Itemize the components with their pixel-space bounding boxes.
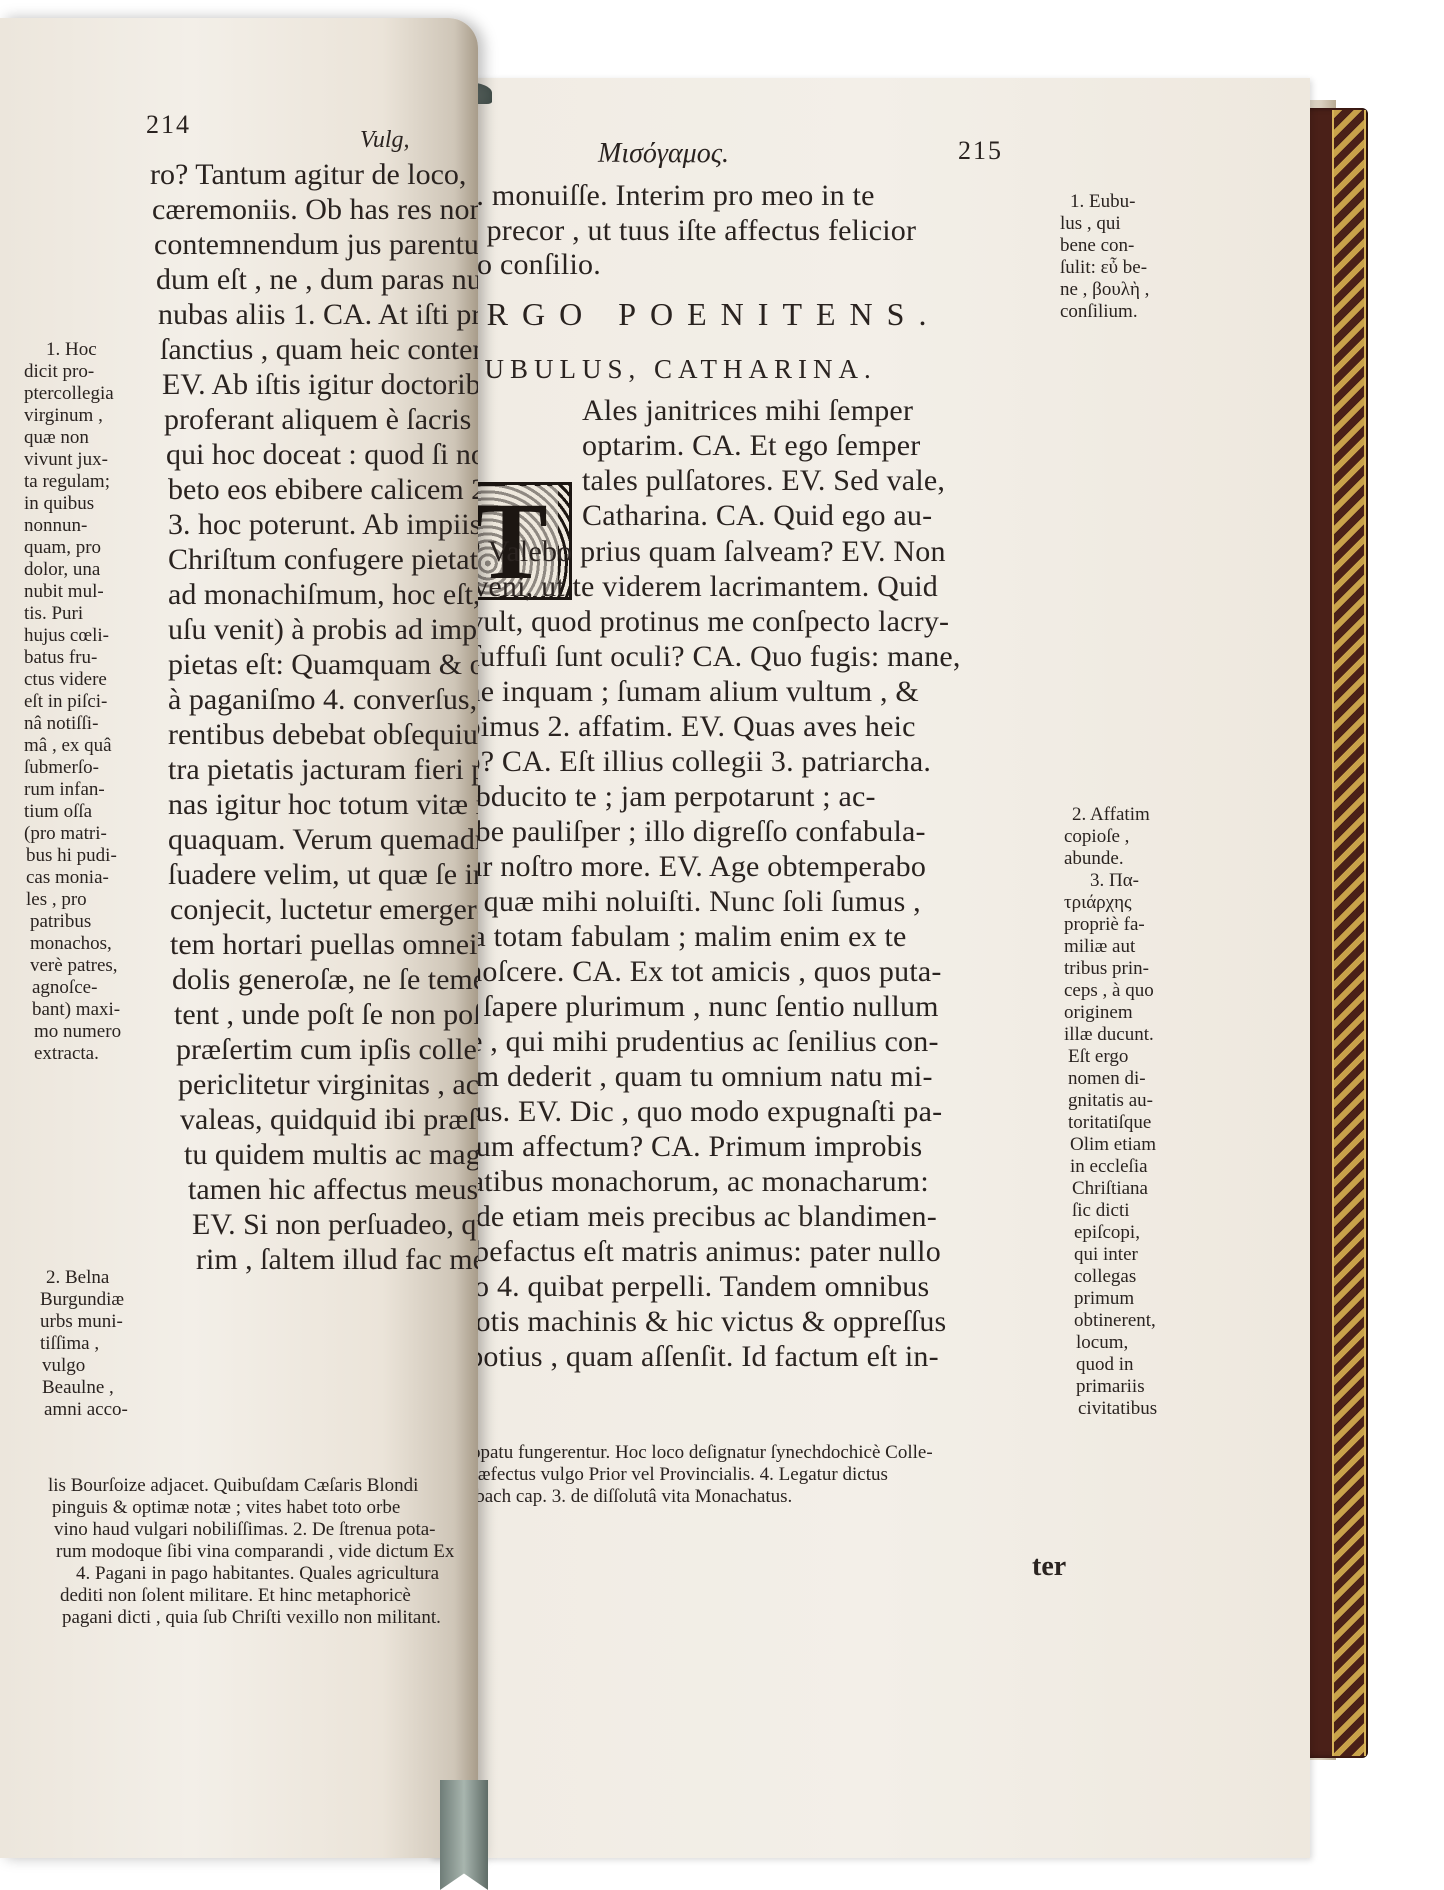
margin-note-line: bus hi pudi- xyxy=(26,846,117,865)
margin-note-line: 2. Belna xyxy=(46,1268,109,1287)
footnote-line: i præfectus vulgo Prior vel Provincialis… xyxy=(452,1465,888,1484)
margin-note-line: quam, pro xyxy=(24,538,101,557)
margin-note-line: rum infan- xyxy=(24,780,105,799)
margin-note-line: 2. Affatim xyxy=(1072,805,1150,824)
text-line: Ales janitrices mihi ſemper xyxy=(582,396,913,426)
text-line: Catharina. CA. Quid ego au- xyxy=(582,501,932,531)
margin-note-line: quod in xyxy=(1076,1355,1134,1374)
text-line: ad monachiſmum, hoc eſt, ( xyxy=(168,580,478,610)
text-line: gnoſcere. CA. Ex tot amicis , quos puta- xyxy=(452,957,942,987)
margin-note-line: quæ non xyxy=(24,428,89,447)
footnote-line: rum modoque ſibi vina comparandi , vide … xyxy=(56,1542,454,1561)
text-line: pietas eſt: Quamquam & olim xyxy=(168,650,478,680)
margin-note-line: illæ ducunt. xyxy=(1064,1025,1154,1044)
text-line: nur noſtro more. EV. Age obtemperabo xyxy=(452,852,926,882)
margin-note-line: dolor, una xyxy=(24,560,100,579)
text-line: proferant aliquem è ſacris li xyxy=(164,405,478,435)
text-line: rim , ſaltem illud fac memini xyxy=(196,1245,478,1275)
margin-note-line: eſt in piſci- xyxy=(24,692,107,711)
text-line: tu quidem multis ac magnis xyxy=(184,1140,478,1170)
margin-note-line: ſic dicti xyxy=(1072,1201,1130,1220)
margin-note-line: extracta. xyxy=(34,1044,99,1063)
text-line: beto eos ebibere calicem 2. xyxy=(168,475,478,505)
text-line: tales pulſatores. EV. Sed vale, xyxy=(582,466,945,496)
margin-note-line: tium oſſa xyxy=(24,802,92,821)
text-line: labefactus eſt matris animus: pater null… xyxy=(452,1237,941,1267)
margin-note-line: abunde. xyxy=(1064,849,1124,868)
margin-note-line: mo numero xyxy=(34,1022,121,1041)
text-line: i vult, quod protinus me conſpecto lacry… xyxy=(452,607,949,637)
margin-note-line: ctus videre xyxy=(24,670,107,689)
margin-note-line: ceps , à quo xyxy=(1064,981,1154,1000)
footnote-line: 4. Pagani in pago habitantes. Quales agr… xyxy=(76,1564,439,1583)
footnote-line: iſcopatu fungerentur. Hoc loco deſignatu… xyxy=(452,1443,933,1462)
text-line: EV. Ab iſtis igitur doctoribus xyxy=(162,370,478,400)
text-line: s ſuffuſi ſunt oculi? CA. Quo fugis: man… xyxy=(452,642,961,672)
footnote-line: vino haud vulgari nobiliſſimas. 2. De ſt… xyxy=(54,1520,436,1539)
margin-note-line: batus fru- xyxy=(24,648,97,667)
text-line: qui hoc doceat : quod ſi non xyxy=(166,440,478,470)
text-line: ſuadere velim, ut quæ ſe in xyxy=(168,860,478,890)
text-line: tamen hic affectus meus erit xyxy=(188,1175,478,1205)
margin-note-line: verè patres, xyxy=(30,956,118,975)
margin-note-line: nonnun- xyxy=(24,516,87,535)
margin-note-line: in quibus xyxy=(24,494,94,513)
text-line: 3. hoc poterunt. Ab impiis xyxy=(168,510,478,540)
margin-note-line: obtinerent, xyxy=(1074,1311,1156,1330)
text-line: valeas, quidquid ibi præſtari xyxy=(180,1105,478,1135)
text-line: periclitetur virginitas , ac xyxy=(178,1070,478,1100)
margin-note-line: mâ , ex quâ xyxy=(24,736,112,755)
text-line: quaquam. Verum quemadmo xyxy=(168,825,478,855)
text-line: mbe pauliſper ; illo digreſſo confabula- xyxy=(452,817,926,847)
text-line: conjecit, luctetur emergere xyxy=(170,895,478,925)
margin-note-line: amni acco- xyxy=(44,1400,128,1419)
margin-note-line: copioſe , xyxy=(1064,827,1129,846)
margin-note-line: 1. Eubu- xyxy=(1070,192,1135,211)
margin-note-line: nomen di- xyxy=(1068,1069,1146,1088)
margin-note-line: Eſt ergo xyxy=(1068,1047,1128,1066)
text-line: ſanctius , quam heic contem xyxy=(160,335,478,365)
text-line: nas igitur hoc totum vitæ inſtit xyxy=(168,790,478,820)
margin-note-line: ta regulam; xyxy=(24,472,110,491)
catchword: ter xyxy=(1032,1553,1066,1581)
margin-note-line: collegas xyxy=(1074,1267,1136,1286)
text-line: dum eſt , ne , dum paras nu xyxy=(156,265,478,295)
margin-note-line: toritatiſque xyxy=(1068,1113,1151,1132)
margin-note-line: 1. Hoc xyxy=(46,340,97,359)
margin-note-line: gnitatis au- xyxy=(1068,1091,1153,1110)
text-line: t potius , quam aſſenſit. Id factum eſt … xyxy=(452,1342,939,1372)
text-line: eo? CA. Eſt illius collegii 3. patriarch… xyxy=(452,747,931,777)
margin-note-line: Burgundiæ xyxy=(40,1290,124,1309)
margin-note-line: (pro matri- xyxy=(24,824,107,843)
dialogue-title: IRGO POENITENS. xyxy=(462,298,940,330)
text-line: optarim. CA. Et ego ſemper xyxy=(582,431,920,461)
text-line: tra pietatis jacturam fieri poteſt xyxy=(168,755,478,785)
text-line: cæremoniis. Ob has res non xyxy=(152,195,478,225)
margin-note-line: ſulit: εὖ be- xyxy=(1060,258,1147,277)
text-line: m ſapere plurimum , nunc ſentio nullum xyxy=(452,992,939,1022)
footnote-line: dediti non ſolent militare. Et hinc meta… xyxy=(60,1586,411,1605)
right-running-head: Μισόγαμος. xyxy=(598,140,729,168)
margin-note-line: tribus prin- xyxy=(1064,959,1149,978)
footnote-line: pagani dicti , quia ſub Chriſti vexillo … xyxy=(62,1608,441,1627)
margin-note-line: civitatibus xyxy=(1078,1399,1157,1418)
footnote-line: ambach cap. 3. de diſſolutâ vita Monacha… xyxy=(452,1487,792,1506)
margin-note-line: primariis xyxy=(1076,1377,1145,1396)
text-line: ntum affectum? CA. Primum improbis xyxy=(452,1132,922,1162)
text-line: mus. EV. Dic , quo modo expugnaſti pa- xyxy=(452,1097,942,1127)
text-line: à paganiſmo 4. converſus, il xyxy=(168,685,478,715)
text-line: ane inquam ; ſumam alium vultum , & xyxy=(452,677,919,707)
margin-note-line: propriè fa- xyxy=(1064,915,1145,934)
margin-note-line: bene con- xyxy=(1060,236,1134,255)
text-line: præſertim cum ipſis collegiis xyxy=(176,1035,478,1065)
margin-note-line: Chriſtiana xyxy=(1072,1179,1148,1198)
text-line: rtatibus monachorum, ac monacharum: xyxy=(452,1167,929,1197)
dialogue-persons: EUBULUS, CATHARINA. xyxy=(462,356,877,383)
text-line: c veni, ut te viderem lacrimantem. Quid xyxy=(452,572,938,602)
margin-note-line: qui inter xyxy=(1074,1245,1138,1264)
margin-note-line: originem xyxy=(1064,1003,1133,1022)
footnote-line: pinguis & optimæ notæ ; vites habet toto… xyxy=(52,1498,400,1517)
margin-note-line: agnoſce- xyxy=(32,978,97,997)
text-line: tent , unde poſt ſe non poſſint xyxy=(174,1000,478,1030)
text-line: Chriſtum confugere pietatis xyxy=(168,545,478,575)
margin-note-line: patribus xyxy=(30,912,91,931)
margin-note-line: virginum , xyxy=(24,406,103,425)
text-line: ore precor , ut tuus iſte affectus felic… xyxy=(440,216,916,246)
margin-note-line: ſubmerſo- xyxy=(24,758,99,777)
text-line: dolis generoſæ, ne ſe temere xyxy=(172,965,478,995)
text-line: nubas aliis 1. CA. At iſti præd xyxy=(158,300,478,330)
margin-note-line: hujus cœli- xyxy=(24,626,109,645)
margin-note-line: nubit mul- xyxy=(24,582,104,601)
margin-note-line: in eccleſia xyxy=(1070,1157,1148,1176)
margin-note-line: lus , qui xyxy=(1060,214,1121,233)
open-book-photo: Μισόγαμος. 215 a 1. monuiſſe. Interim pr… xyxy=(0,0,1444,1890)
text-line: tem hortari puellas omneis, xyxy=(170,930,478,960)
text-line: a 1. monuiſſe. Interim pro meo in te xyxy=(440,181,875,211)
text-line: inde etiam meis precibus ac blandimen- xyxy=(452,1202,937,1232)
margin-note-line: dicit pro- xyxy=(24,362,94,381)
margin-note-line: urbs muni- xyxy=(40,1312,123,1331)
text-line: i , quæ mihi noluiſti. Nunc ſoli ſumus , xyxy=(452,887,921,917)
text-line: EV. Si non perſuadeo, quod xyxy=(192,1210,478,1240)
margin-note-line: ptercollegia xyxy=(24,384,114,403)
text-line: cto 4. quibat perpelli. Tandem omnibus xyxy=(452,1272,929,1302)
text-line: motis machinis & hic victus & oppreſſus xyxy=(452,1307,946,1337)
margin-note-line: conſilium. xyxy=(1060,302,1138,321)
margin-note-line: cas monia- xyxy=(26,868,109,887)
footnote-line: lis Bourſoize adjacet. Quibuſdam Cæſaris… xyxy=(48,1476,418,1495)
margin-note-line: vivunt jux- xyxy=(24,450,108,469)
gilt-tooled-border xyxy=(1332,110,1366,1756)
margin-note-line: locum, xyxy=(1076,1333,1128,1352)
text-line: rra totam fabulam ; malim enim ex te xyxy=(452,922,907,952)
right-page-number: 215 xyxy=(958,138,1003,164)
text-line: contemnendum jus parentum xyxy=(154,230,478,260)
margin-note-line: nâ notiſſi- xyxy=(24,714,98,733)
margin-note-line: Olim etiam xyxy=(1070,1135,1156,1154)
margin-note-line: tis. Puri xyxy=(24,604,83,623)
margin-note-line: epiſcopi, xyxy=(1074,1223,1140,1242)
text-line: o? Valebo prius quam ſalveam? EV. Non xyxy=(452,537,946,567)
text-line: uſu venit) à probis ad impro xyxy=(168,615,478,645)
margin-note-line: miliæ aut xyxy=(1064,937,1135,956)
margin-note-line: τριάρχης xyxy=(1064,893,1132,912)
margin-note-line: tiſſima , xyxy=(40,1334,99,1353)
margin-note-line: Beaulne , xyxy=(42,1378,114,1397)
text-line: ebimus 2. affatim. EV. Quas aves heic xyxy=(452,712,916,742)
margin-note-line: bant) maxi- xyxy=(32,1000,120,1019)
margin-note-line: primum xyxy=(1074,1289,1134,1308)
margin-note-line: 3. Πα- xyxy=(1090,871,1139,890)
margin-note-line: vulgo xyxy=(42,1356,85,1375)
margin-note-line: les , pro xyxy=(26,890,87,909)
text-line: ium dederit , quam tu omnium natu mi- xyxy=(452,1062,933,1092)
text-line: ſubducito te ; jam perpotarunt ; ac- xyxy=(452,782,876,812)
margin-note-line: ne , βουλὴ , xyxy=(1060,280,1149,299)
text-line: ſſe , qui mihi prudentius ac ſenilius co… xyxy=(452,1027,939,1057)
text-line: rentibus debebat obſequium, xyxy=(168,720,478,750)
text-line: ro? Tantum agitur de loco, xyxy=(150,160,466,190)
margin-note-line: monachos, xyxy=(30,934,112,953)
